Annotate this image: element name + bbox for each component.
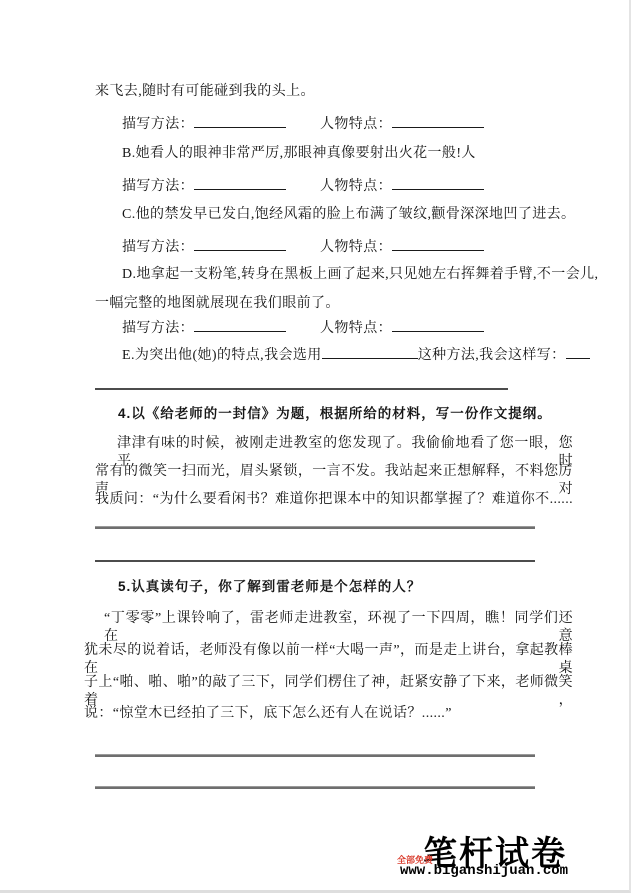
trait-label: 人物特点：	[320, 240, 392, 255]
item-e: E.为突出他(她)的特点,我会选用这种方法,我会这样写：	[122, 345, 590, 365]
item-a-continuation: 来飞去,随时有可能碰到我的头上。	[95, 83, 315, 101]
question-4-heading: 4.以《给老师的一封信》为题，根据所给的材料，写一份作文提纲。	[118, 405, 552, 423]
item-d-line-1: D.地拿起一支粉笔,转身在黑板上画了起来,只见她左右挥舞着手臂,不一会儿,	[122, 266, 598, 284]
method-label: 描写方法：	[122, 179, 194, 194]
method-answer-blank	[194, 114, 286, 128]
method-answer-blank	[194, 176, 286, 190]
trait-label: 人物特点：	[320, 321, 392, 336]
trait-label: 人物特点：	[320, 179, 392, 194]
method-label: 描写方法：	[122, 240, 194, 255]
item-e-blank-2	[566, 345, 590, 359]
trait-answer-blank	[392, 114, 484, 128]
question-5-answer-line-2	[95, 786, 535, 789]
item-e-blank-1	[322, 345, 418, 359]
item-e-text-1: E.为突出他(她)的特点,我会选用	[122, 348, 322, 363]
question-4-answer-line-1	[95, 526, 535, 529]
item-b: B.她看人的眼神非常严厉,那眼神真像要射出火花一般!人	[122, 145, 476, 163]
question-5-heading: 5.认真读句子，你了解到雷老师是个怎样的人？	[118, 578, 421, 596]
answer-row-c: 描写方法：人物特点：	[122, 237, 484, 257]
question-5-paragraph-line: 犹未尽的说着话，老师没有像以前一样“大喝一声”，而是走上讲台，拿起教棒在桌	[84, 642, 573, 678]
item-c: C.他的禁发早已发白,饱经风霜的脸上布满了皱纹,颧骨深深地凹了进去。	[122, 206, 575, 224]
trait-answer-blank	[392, 176, 484, 190]
trait-answer-blank	[392, 318, 484, 332]
question-4-paragraph-line: 我质问：“为什么要看闲书？难道你把课本中的知识都掌握了？难道你不......	[95, 491, 573, 509]
question-5-paragraph-line: “丁零零”上课铃响了，雷老师走进教室，环视了一下四周，瞧！同学们还在意	[104, 610, 573, 646]
trait-label: 人物特点：	[320, 117, 392, 132]
method-label: 描写方法：	[122, 117, 194, 132]
question-5-answer-line-1	[95, 754, 535, 757]
watermark-site-url: www.biganshijuan.com	[400, 863, 568, 879]
answer-row-b: 描写方法：人物特点：	[122, 176, 484, 196]
item-e-text-2: 这种方法,我会这样写：	[418, 348, 566, 363]
item-e-answer-line	[95, 388, 508, 390]
trait-answer-blank	[392, 237, 484, 251]
method-answer-blank	[194, 237, 286, 251]
method-label: 描写方法：	[122, 321, 194, 336]
answer-row-a: 描写方法：人物特点：	[122, 114, 484, 134]
answer-row-d: 描写方法：人物特点：	[122, 318, 484, 338]
question-5-paragraph-line: 说：“惊堂木已经拍了三下，底下怎么还有人在说话？......”	[84, 705, 452, 723]
item-d-line-2: 一幅完整的地图就展现在我们眼前了。	[95, 295, 340, 313]
method-answer-blank	[194, 318, 286, 332]
question-4-answer-line-2	[95, 560, 535, 562]
